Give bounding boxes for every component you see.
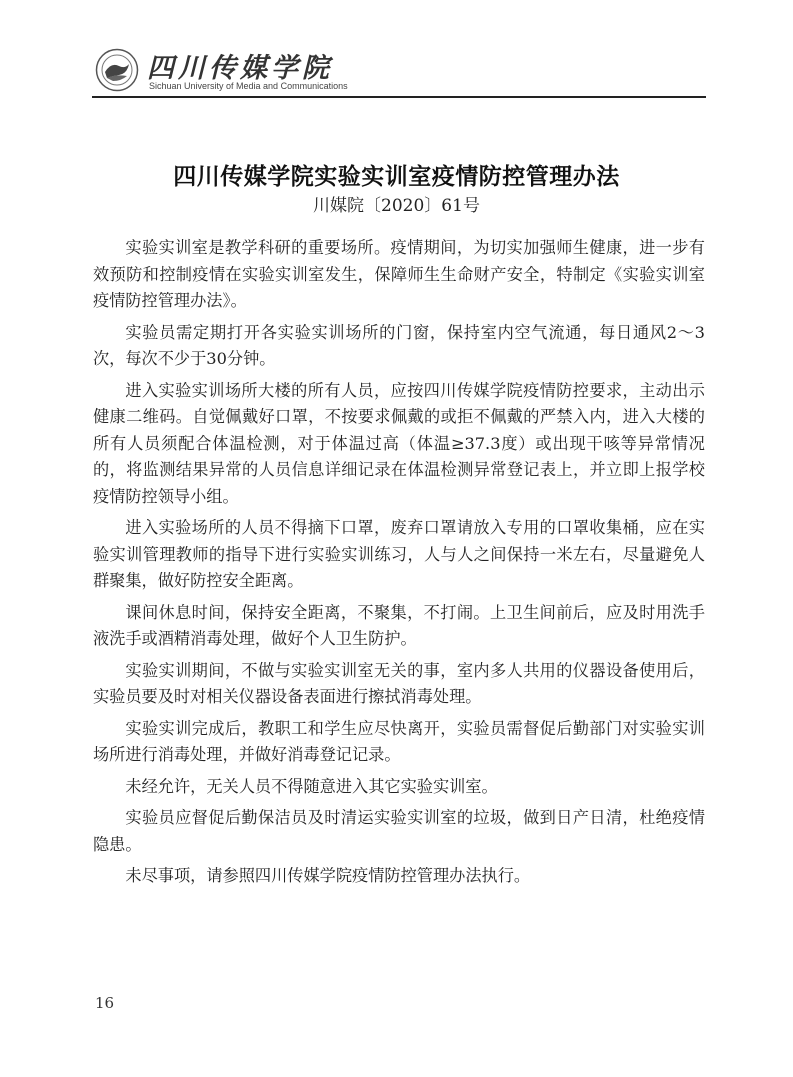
paragraph: 进入实验场所的人员不得摘下口罩，废弃口罩请放入专用的口罩收集桶，应在实验实训管理… [93, 515, 705, 595]
page-header: 四川传媒学院 Sichuan University of Media and C… [95, 44, 705, 96]
brand-name-chinese: 四川传媒学院 [147, 46, 333, 85]
university-seal-icon [95, 48, 139, 92]
paragraph: 实验实训室是教学科研的重要场所。疫情期间，为切实加强师生健康，进一步有效预防和控… [93, 235, 705, 315]
paragraph: 实验员需定期打开各实验实训场所的门窗，保持室内空气流通，每日通风2～3次，每次不… [93, 320, 705, 373]
paragraph: 未尽事项，请参照四川传媒学院疫情防控管理办法执行。 [93, 863, 705, 890]
paragraph: 实验员应督促后勤保洁员及时清运实验实训室的垃圾，做到日产日清，杜绝疫情隐患。 [93, 805, 705, 858]
page-number: 16 [95, 994, 114, 1012]
paragraph: 实验实训期间，不做与实验实训室无关的事，室内多人共用的仪器设备使用后，实验员要及… [93, 658, 705, 711]
paragraph: 课间休息时间，保持安全距离，不聚集，不打闹。上卫生间前后，应及时用洗手液洗手或酒… [93, 600, 705, 653]
header-divider [92, 96, 706, 98]
paragraph: 进入实验实训场所大楼的所有人员，应按四川传媒学院疫情防控要求，主动出示健康二维码… [93, 378, 705, 511]
document-body: 实验实训室是教学科研的重要场所。疫情期间，为切实加强师生健康，进一步有效预防和控… [93, 235, 705, 895]
paragraph: 实验实训完成后，教职工和学生应尽快离开，实验员需督促后勤部门对实验实训场所进行消… [93, 716, 705, 769]
document-number: 川媒院〔2020〕61号 [0, 191, 793, 216]
paragraph: 未经允许，无关人员不得随意进入其它实验实训室。 [93, 774, 705, 801]
brand-name-english: Sichuan University of Media and Communic… [149, 81, 348, 91]
document-title: 四川传媒学院实验实训室疫情防控管理办法 [0, 158, 793, 191]
